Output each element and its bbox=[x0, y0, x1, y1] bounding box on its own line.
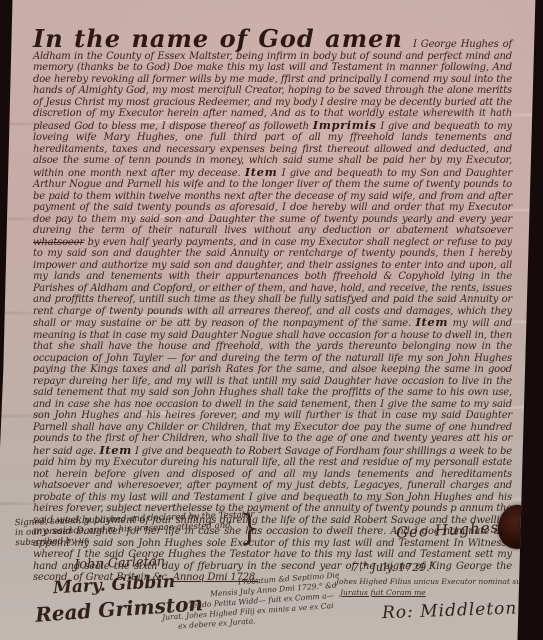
struck-out-word: whatsoeer bbox=[33, 237, 84, 248]
will-opening-phrase: In the name of God amen bbox=[33, 24, 409, 53]
probate-right-note-line: Juratus fuit Coram me bbox=[340, 588, 426, 598]
attestation-brace: } bbox=[240, 508, 259, 548]
manuscript-photo: In the name of God amen I George Hughes … bbox=[0, 0, 543, 640]
item-keyword: Item bbox=[245, 165, 278, 179]
item-keyword: Item bbox=[99, 443, 132, 457]
probate-right-note-line: Johes Highed Filius unicus Executor nomi… bbox=[336, 577, 543, 587]
will-text-segment: my will and meaning is that in case my s… bbox=[33, 318, 512, 457]
witness-signature-1: John Carleton bbox=[74, 554, 166, 572]
official-signature: Ro: Middleton Sur: bbox=[382, 597, 543, 623]
paper-sheet: In the name of God amen I George Hughes … bbox=[0, 0, 543, 640]
item-keyword: Item bbox=[416, 315, 449, 329]
will-text-segment: I George Hughes of Aldham in the County … bbox=[33, 39, 512, 132]
probate-date: 7.° July. 1729.° bbox=[352, 561, 435, 574]
will-body-text: In the name of God amen I George Hughes … bbox=[33, 28, 512, 584]
imprimis-keyword: Imprimis bbox=[313, 118, 377, 132]
